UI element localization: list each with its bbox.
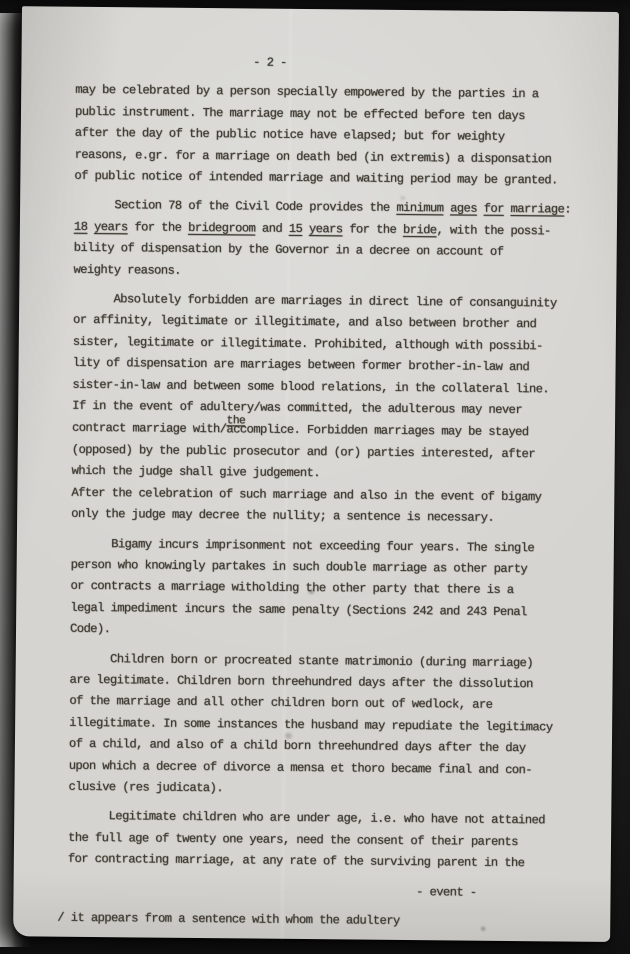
text-segment: illegitimate. In some instances the husb… [69,716,553,735]
text-segment: of public notice of intended marriage an… [74,169,558,188]
text-segment: of a child, and also of a child born thr… [69,737,526,755]
text-segment: Section 78 of the Civil Code provides th… [74,198,396,215]
underlined-text: bridegroom [188,221,255,236]
text-segment: contract marriage with/ [72,420,227,435]
text-segment: weighty reasons. [73,262,181,277]
text-segment: lity of dispensation are marriages betwe… [73,356,530,374]
underlined-text: ages [450,202,477,216]
text-segment: bility of dispensation by the Governor i… [74,241,504,259]
text-segment: or affinity, legitimate or illegitimate,… [73,313,536,331]
document-page: - 2 - may be celebrated by a person spec… [13,6,619,942]
text-segment: and [255,221,289,235]
underlined-text: marriage [510,202,564,217]
text-segment: Children born or procreated stante matri… [70,651,533,669]
text-segment: for contracting marriage, at any rate of… [68,852,525,870]
text-segment: sister, legitimate or illegitimate. Proh… [73,335,543,354]
footnote: / it appears from a sentence with whom t… [57,908,572,934]
underlined-text: 15 [289,222,303,236]
underlined-text: years [94,220,128,234]
text-segment: which the judge shall give judgement. [72,464,321,480]
text-segment: or contracts a marriage witholding the o… [70,579,513,597]
catchword: - event - [67,878,572,904]
text-line: for contracting marriage, at any rate of… [68,849,573,875]
text-segment: person who knowingly partakes in such do… [71,558,528,576]
paragraph: Legitimate children who are under age, i… [68,806,574,875]
text-segment: may be celebrated by a person specially … [75,83,538,101]
text-segment: accomplice. Forbidden marriages may be s… [226,422,528,439]
text-segment: Bigamy incurs imprisonment not exceeding… [71,536,534,554]
page-number: - 2 - [17,50,522,76]
underlined-text: for [484,202,504,216]
text-body: may be celebrated by a person specially … [68,80,581,875]
text-segment: are legitimate. Children born threehundr… [69,673,532,691]
text-segment: public instrument. The marriage may not … [75,105,525,123]
text-line: of public notice of intended marriage an… [74,166,579,192]
text-segment: After the celebration of such marriage a… [71,485,541,504]
text-segment: sister-in-law and between some blood rel… [72,377,549,396]
text-segment: legal impediment incurs the same penalty… [70,601,527,619]
text-segment: Absolutely forbidden are marriages in di… [73,292,557,311]
paragraph: Absolutely forbidden are marriages in di… [71,289,578,530]
paragraph: Section 78 of the Civil Code provides th… [73,195,579,285]
paragraph: Children born or procreated stante matri… [68,648,574,803]
text-segment: , with the possi- [436,223,550,238]
text-segment: for the [342,222,403,237]
underlined-text: bride [403,223,437,237]
text-segment: If in the event of adultery/was committe… [72,399,522,417]
text-segment: Code). [70,622,110,636]
text-segment: (opposed) by the public prosecutor and (… [72,443,535,461]
underlined-text: minimum [396,201,443,215]
scan-background: - 2 - may be celebrated by a person spec… [0,0,630,954]
text-segment: clusive (res judicata). [68,780,223,795]
text-segment: reasons, e.gr. for a marriage on death b… [75,147,552,166]
text-segment: upon which a decree of divorce a mensa e… [69,758,532,776]
underlined-text: 18 [74,220,88,234]
text-segment: the full age of twenty one years, need t… [68,831,518,849]
paragraph: may be celebrated by a person specially … [74,80,580,192]
page-content: - 2 - may be celebrated by a person spec… [13,6,619,934]
text-segment: after the day of the public notice have … [75,126,505,144]
text-segment: : [564,203,571,217]
text-segment: of the marriage and all other children b… [69,694,492,712]
paragraph: Bigamy incurs imprisonment not exceeding… [70,533,576,645]
text-segment: for the [128,220,189,235]
text-segment: only the judge may decree the nullity; a… [71,507,494,525]
text-segment: Legitimate children who are under age, i… [68,809,545,828]
underlined-text: years [309,222,343,236]
